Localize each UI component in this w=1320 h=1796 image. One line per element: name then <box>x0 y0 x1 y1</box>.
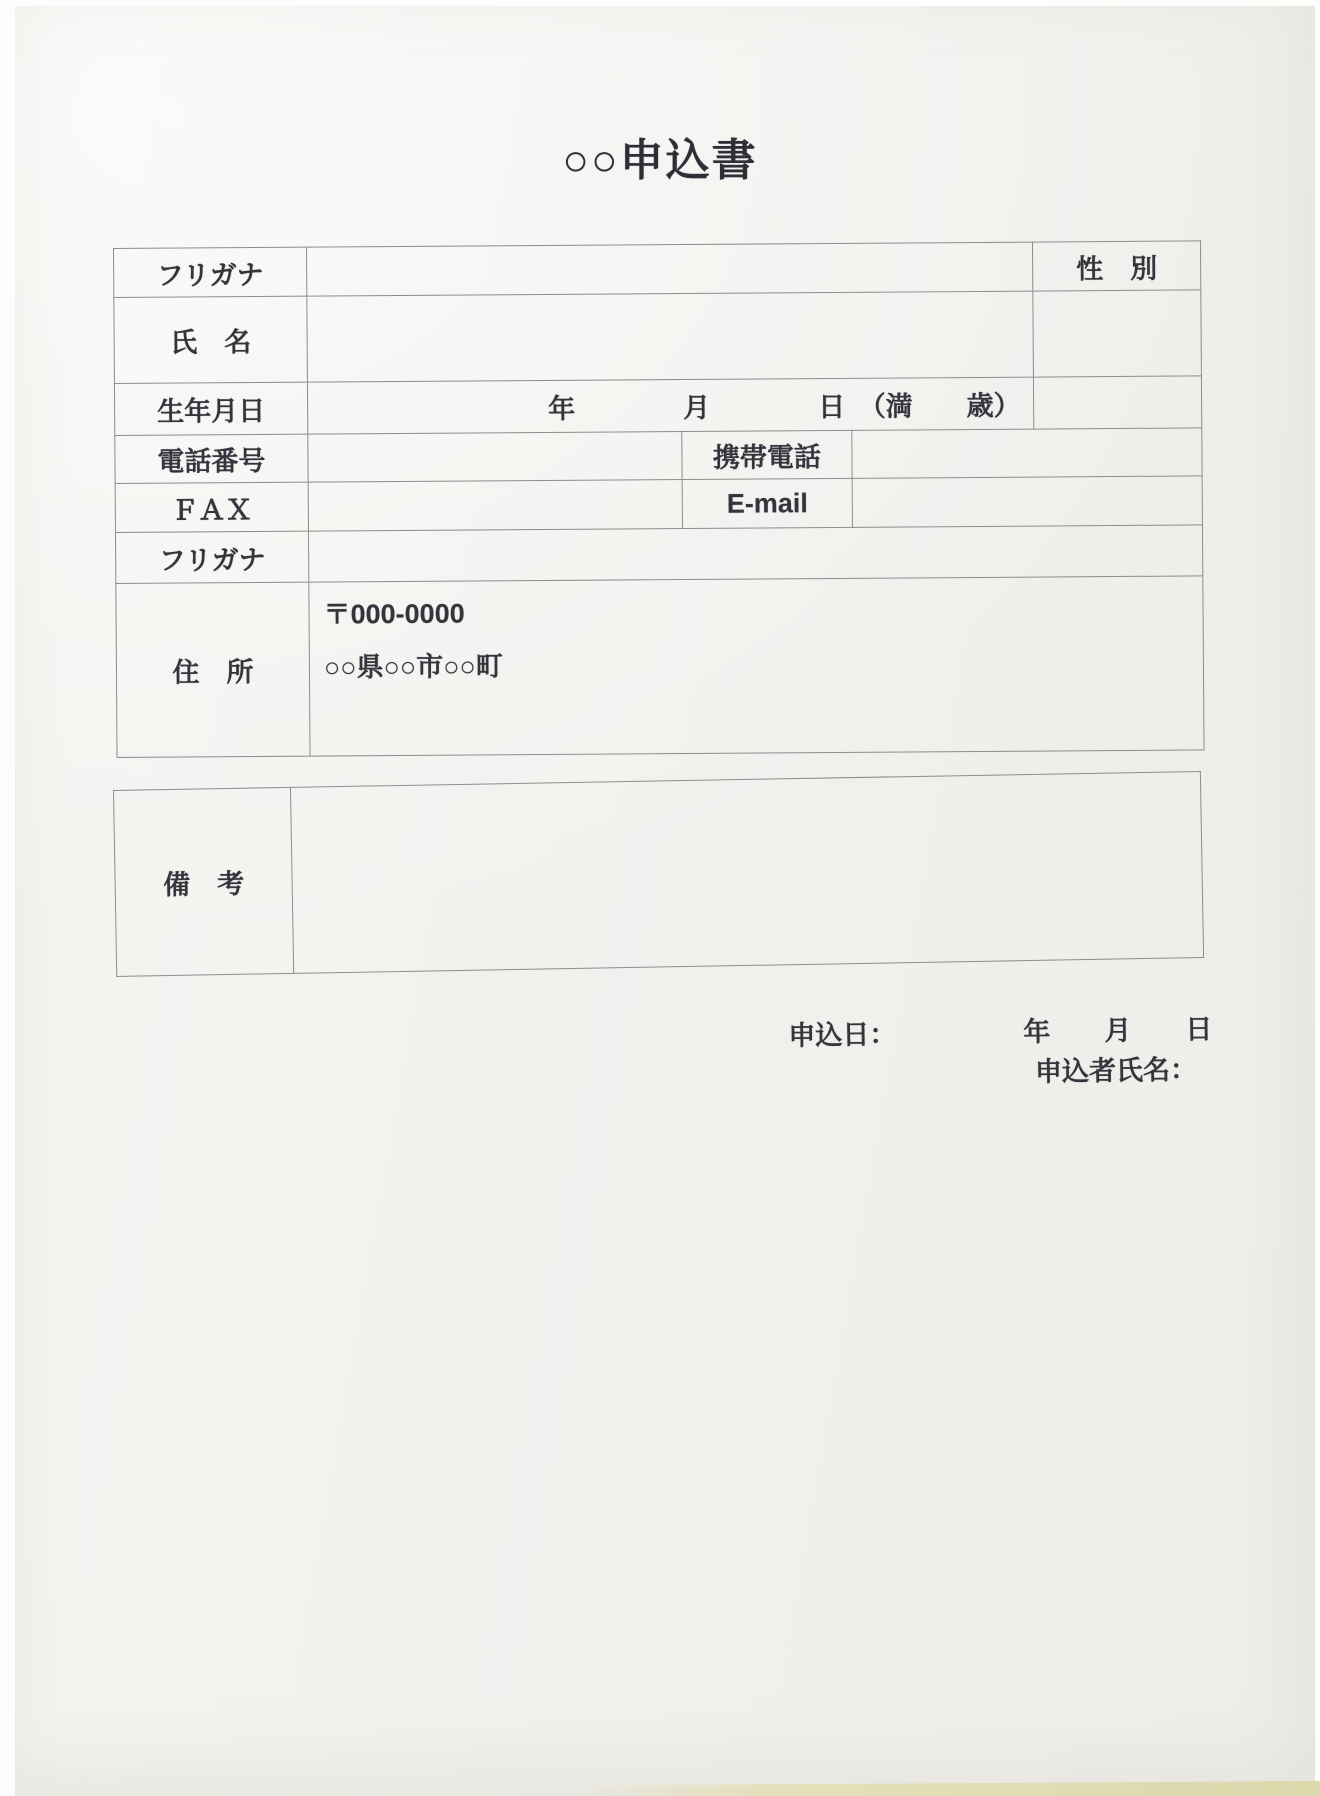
birthdate-label: 生年月日 <box>114 382 307 435</box>
birthdate-field: 年 月 日 （満 歳） <box>307 377 1033 434</box>
phone-label: 電話番号 <box>115 434 308 483</box>
address-furigana-field <box>308 525 1202 582</box>
page-title: ○○申込書 <box>0 124 1320 188</box>
email-label: E-mail <box>682 478 852 528</box>
furigana-label: フリガナ <box>114 247 307 297</box>
remarks-table: 備 考 <box>113 771 1204 977</box>
email-field <box>852 476 1202 527</box>
address-furigana-label: フリガナ <box>115 531 308 583</box>
remarks-field <box>290 772 1203 974</box>
furigana-field <box>306 242 1032 296</box>
remarks-label: 備 考 <box>114 787 294 976</box>
name-field <box>307 291 1034 382</box>
phone-field <box>308 432 682 483</box>
address-label: 住 所 <box>116 582 310 757</box>
applicant-name-label: 申込者氏名： <box>1035 1047 1198 1089</box>
name-label: 氏 名 <box>114 296 308 383</box>
fax-field <box>308 480 682 532</box>
application-date-label: 申込日： <box>788 1012 897 1053</box>
mobile-field <box>852 428 1202 478</box>
address-field: 〒000-0000 ○○県○○市○○町 <box>309 576 1204 756</box>
postal-code-text: 〒000-0000 <box>323 586 1202 631</box>
application-date-fields: 年 月 日 <box>1023 1007 1213 1049</box>
scanned-application-form-page: ○○申込書 フリガナ 性 別 氏 名 生年月日 年 月 日 （満 歳） 電話番号… <box>0 0 1320 1796</box>
applicant-info-table: フリガナ 性 別 氏 名 生年月日 年 月 日 （満 歳） 電話番号 携帯電話 … <box>113 240 1205 758</box>
mobile-label: 携帯電話 <box>682 430 852 479</box>
footer-block: 申込日： 年 月 日 申込者氏名： <box>780 1005 1225 1102</box>
gender-label: 性 別 <box>1032 241 1200 291</box>
fax-label: ＦＡＸ <box>115 482 308 532</box>
gender-field <box>1033 290 1202 377</box>
birthdate-extra-field <box>1033 376 1201 429</box>
address-line-text: ○○県○○市○○町 <box>324 639 1203 684</box>
